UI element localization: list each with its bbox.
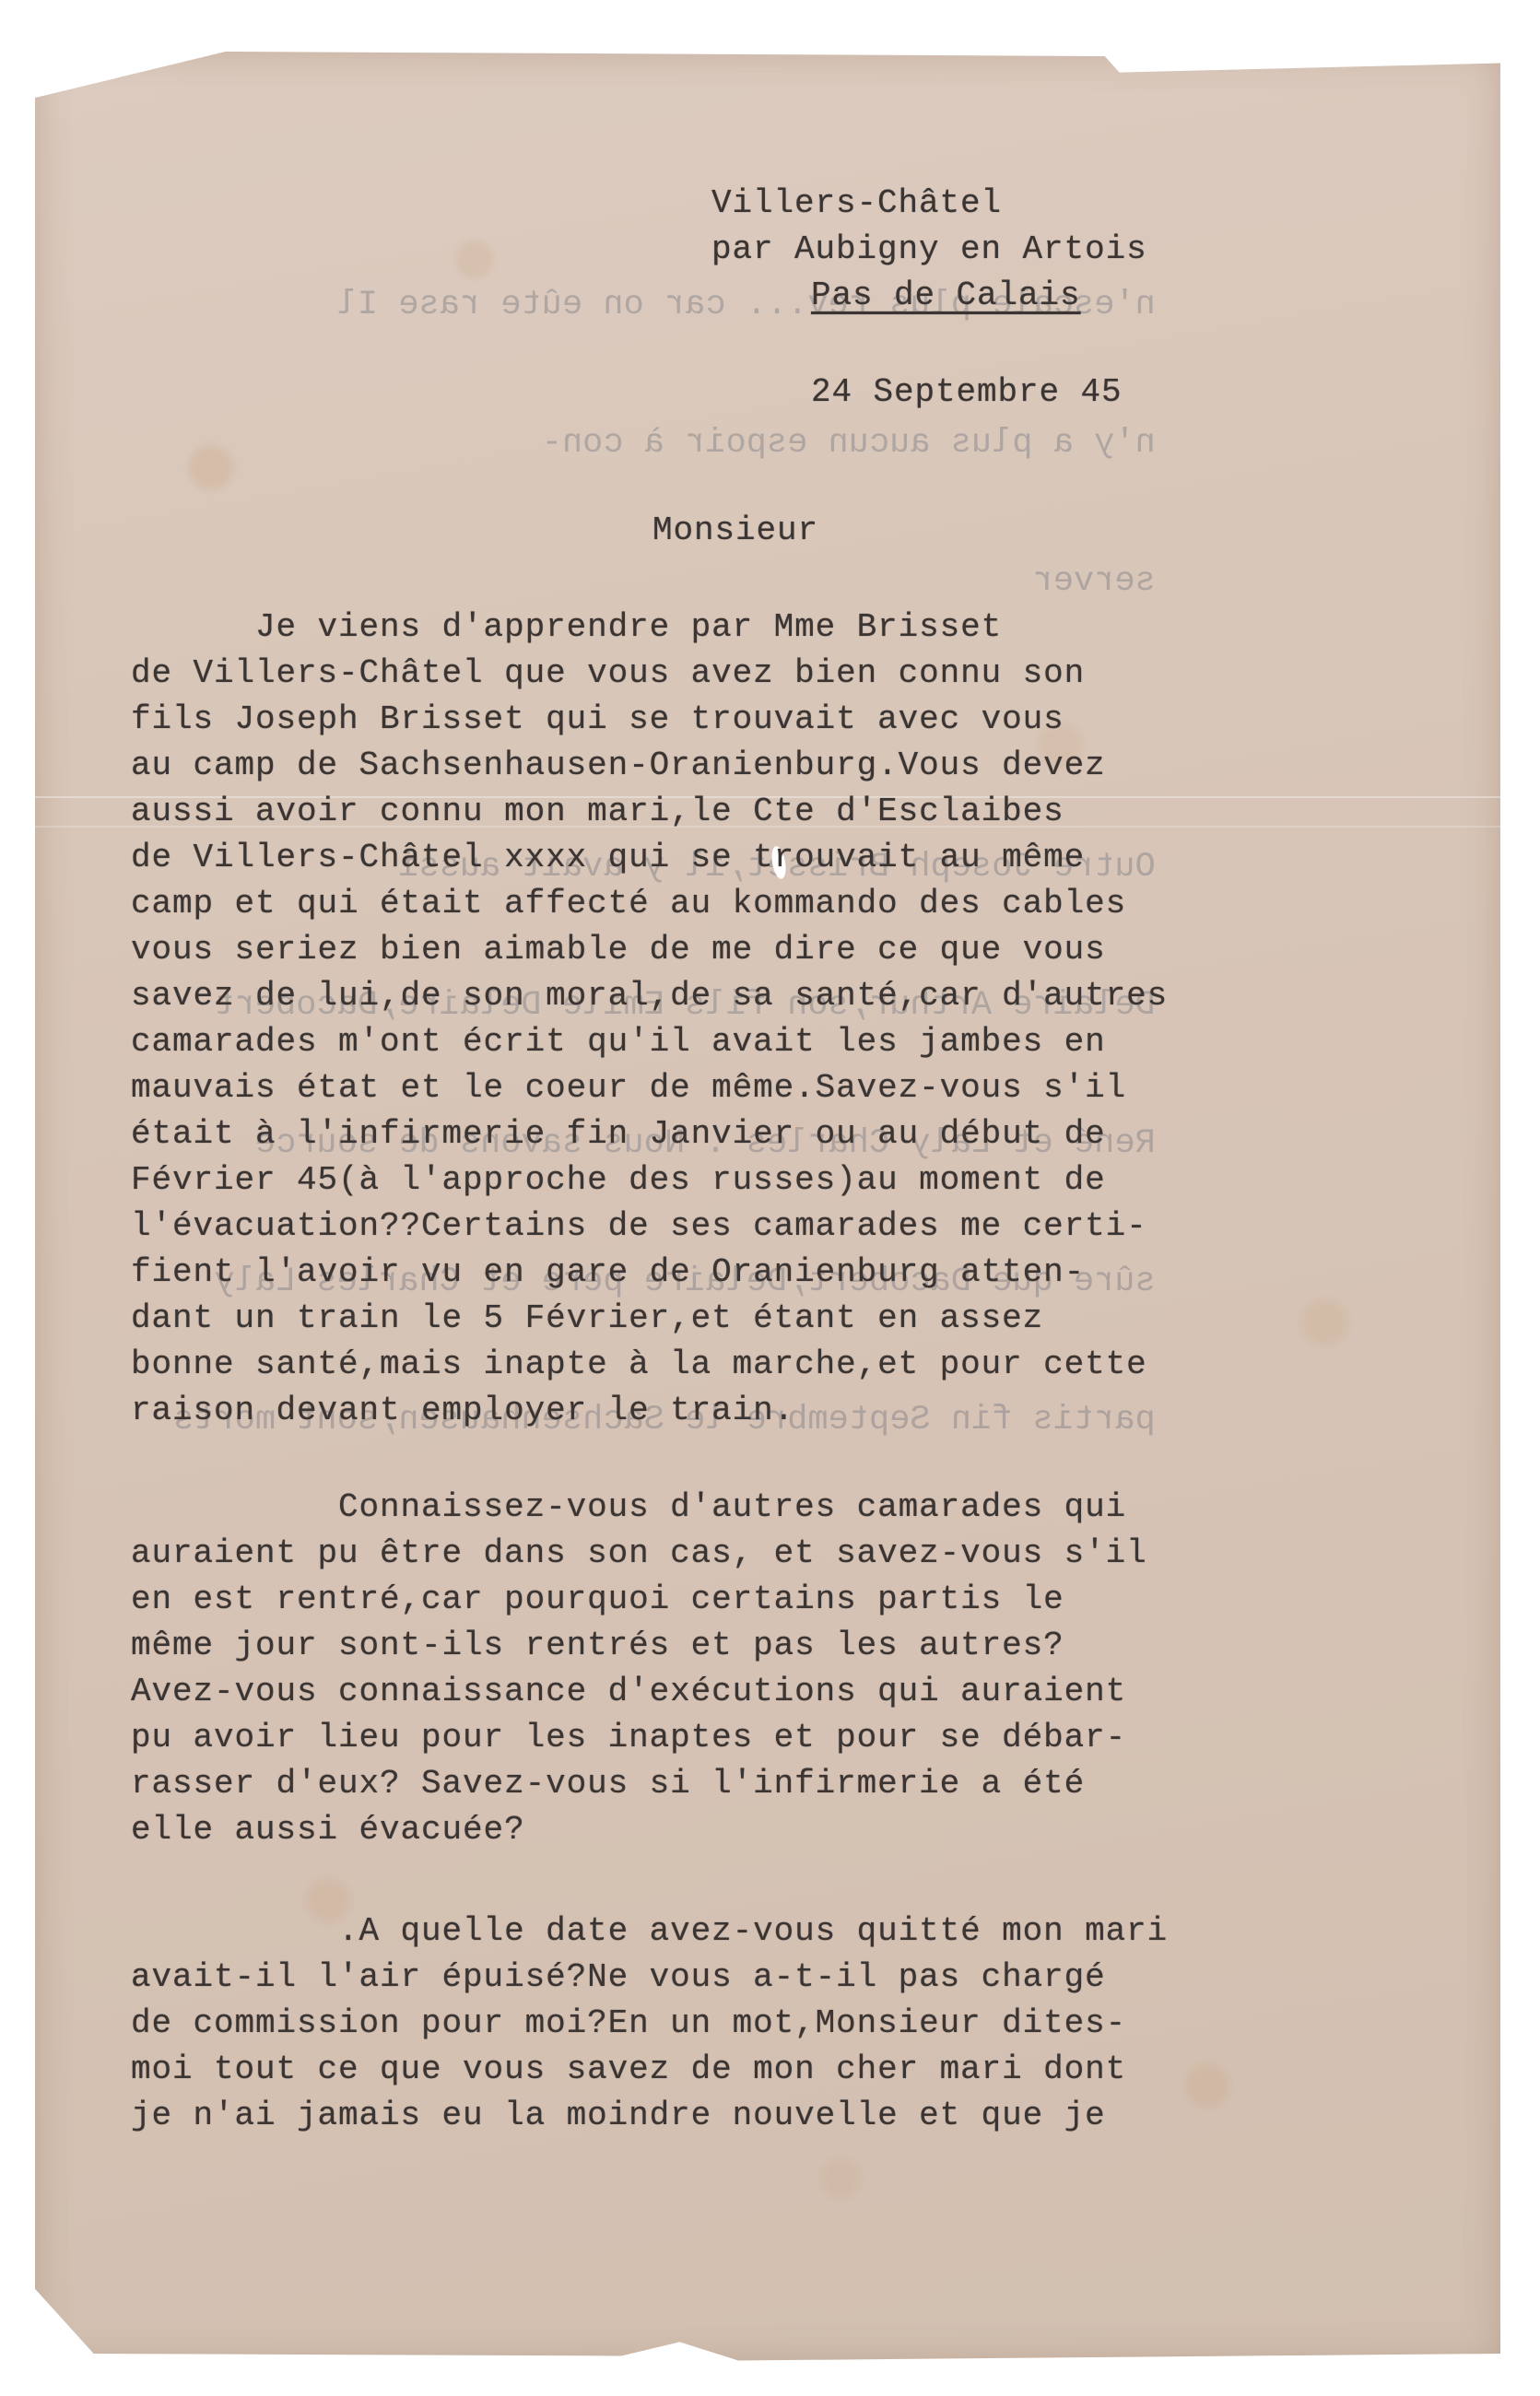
body-line: bonne santé,mais inapte à la marche,et p… [131, 1345, 1147, 1383]
body-line: aussi avoir connu mon mari,le Cte d'Escl… [131, 793, 1064, 830]
body-line: raison devant employer le train. [131, 1392, 794, 1429]
body-line: Connaissez-vous d'autres camarades qui [131, 1488, 1126, 1526]
body-line: mauvais état et le coeur de même.Savez-v… [131, 1069, 1126, 1107]
body-line: dant un train le 5 Février,et étant en a… [131, 1299, 1043, 1337]
body-line: savez de lui,de son moral,de sa santé,ca… [131, 977, 1168, 1015]
body-line: était à l'infirmerie fin Janvier ou au d… [131, 1115, 1106, 1153]
body-line: de Villers-Châtel xxxx qui se trouvait a… [131, 839, 1085, 876]
body-line: .A quelle date avez-vous quitté mon mari [131, 1912, 1168, 1950]
salutation: Monsieur [652, 511, 818, 549]
body-line: rasser d'eux? Savez-vous si l'infirmerie… [131, 1765, 1085, 1803]
address-line-3: Pas de Calais [811, 276, 1081, 314]
body-line: Février 45(à l'approche des russes)au mo… [131, 1161, 1106, 1199]
body-line: pu avoir lieu pour les inaptes et pour s… [131, 1719, 1126, 1756]
body-line: fient l'avoir vu en gare de Oranienburg … [131, 1253, 1085, 1291]
body-line: je n'ai jamais eu la moindre nouvelle et… [131, 2096, 1106, 2134]
body-line: en est rentré,car pourquoi certains part… [131, 1580, 1064, 1618]
address-line-1: Villers-Châtel [711, 184, 1002, 222]
body-line: vous seriez bien aimable de me dire ce q… [131, 931, 1106, 969]
body-line: Avez-vous connaissance d'exécutions qui … [131, 1673, 1126, 1710]
body-line: avait-il l'air épuisé?Ne vous a-t-il pas… [131, 1958, 1106, 1996]
letter-date: 24 Septembre 45 [811, 373, 1123, 411]
body-line: de Villers-Châtel que vous avez bien con… [131, 654, 1085, 692]
body-line: auraient pu être dans son cas, et savez-… [131, 1534, 1147, 1572]
body-line: même jour sont-ils rentrés et pas les au… [131, 1627, 1064, 1664]
body-line: camp et qui était affecté au kommando de… [131, 885, 1126, 922]
body-line: fils Joseph Brisset qui se trouvait avec… [131, 700, 1064, 738]
body-line: Je viens d'apprendre par Mme Brisset [131, 608, 1002, 646]
address-line-2: par Aubigny en Artois [711, 230, 1147, 268]
body-line: de commission pour moi?En un mot,Monsieu… [131, 2004, 1126, 2042]
body-line: l'évacuation??Certains de ses camarades … [131, 1207, 1147, 1245]
body-line: camarades m'ont écrit qu'il avait les ja… [131, 1023, 1106, 1061]
body-line: moi tout ce que vous savez de mon cher m… [131, 2050, 1126, 2088]
body-line: au camp de Sachsenhausen-Oranienburg.Vou… [131, 746, 1106, 784]
body-line: elle aussi évacuée? [131, 1811, 525, 1849]
